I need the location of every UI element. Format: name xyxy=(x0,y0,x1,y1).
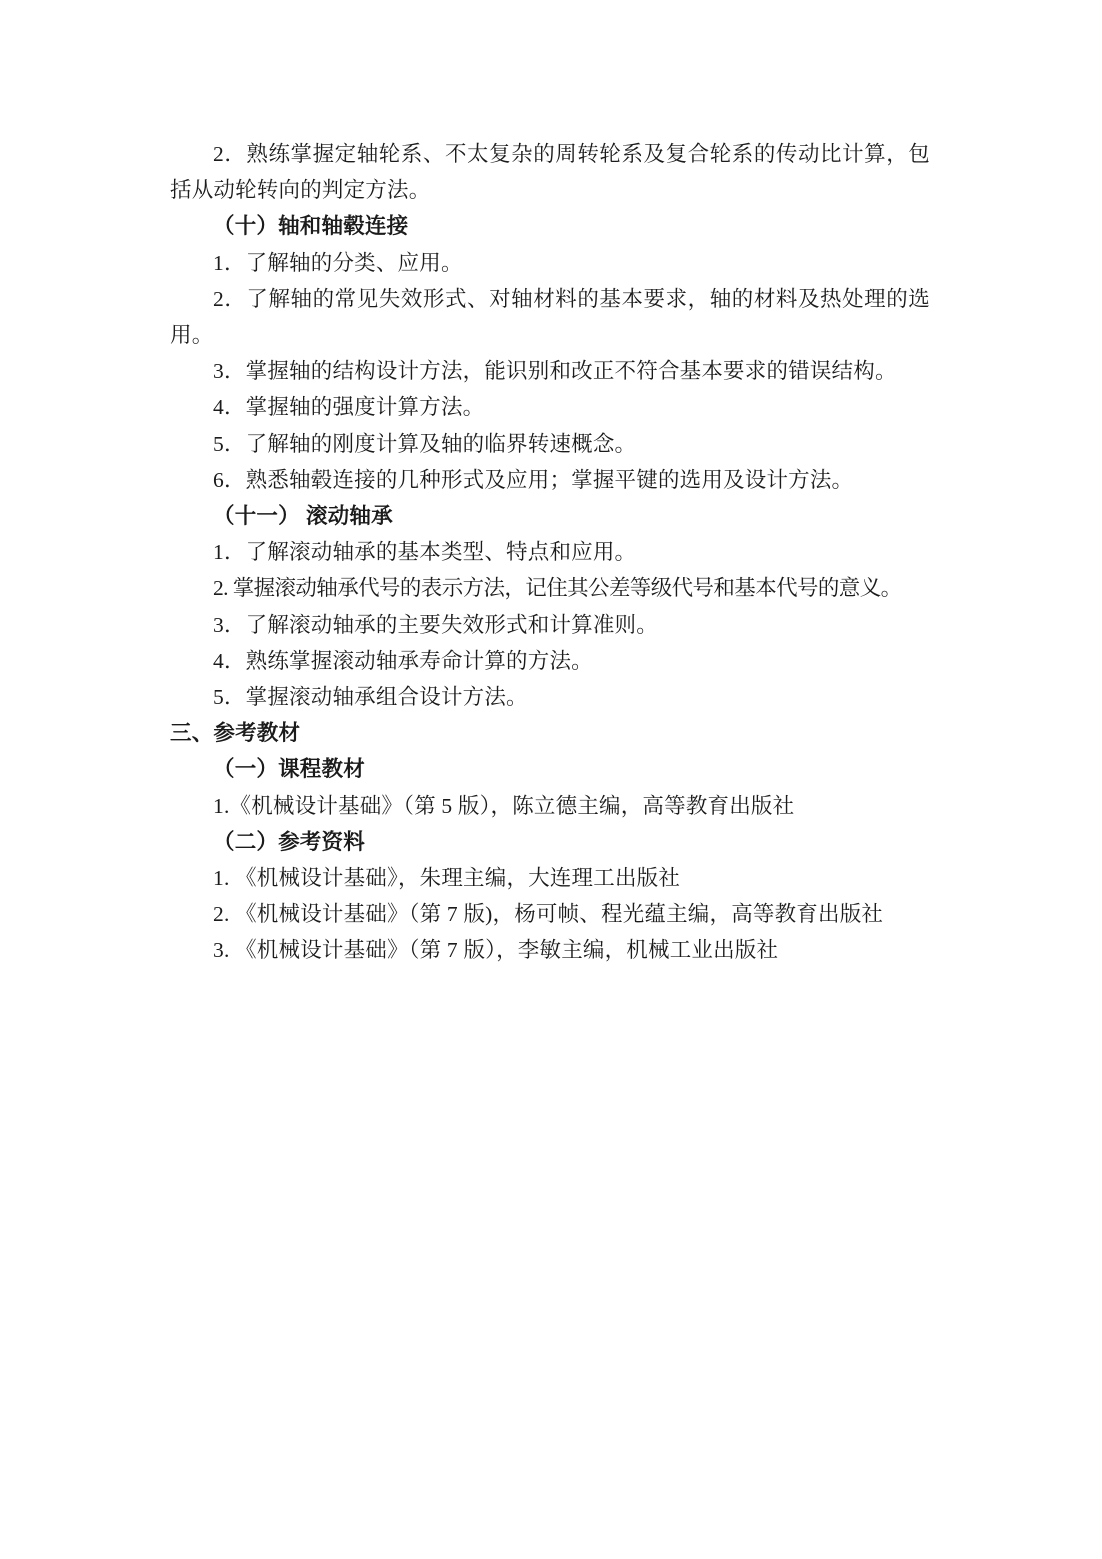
body-paragraph: 1．了解轴的分类、应用。 xyxy=(170,245,930,281)
section-heading: （十一） 滚动轴承 xyxy=(170,498,930,534)
body-paragraph: 3．了解滚动轴承的主要失效形式和计算准则。 xyxy=(170,607,930,643)
body-paragraph: 4．熟练掌握滚动轴承寿命计算的方法。 xyxy=(170,643,930,679)
document-page: 2．熟练掌握定轴轮系、不太复杂的周转轮系及复合轮系的传动比计算，包括从动轮转向的… xyxy=(0,0,1102,1559)
body-paragraph: 2. 《机械设计基础》（第 7 版)，杨可帧、程光蕴主编，高等教育出版社 xyxy=(170,896,930,932)
section-heading: （十）轴和轴毂连接 xyxy=(170,208,930,244)
body-paragraph: 4．掌握轴的强度计算方法。 xyxy=(170,389,930,425)
body-paragraph: 2．了解轴的常见失效形式、对轴材料的基本要求，轴的材料及热处理的选用。 xyxy=(170,281,930,353)
body-paragraph: 5．掌握滚动轴承组合设计方法。 xyxy=(170,679,930,715)
body-paragraph: 1．了解滚动轴承的基本类型、特点和应用。 xyxy=(170,534,930,570)
body-paragraph: 1.《机械设计基础》（第 5 版），陈立德主编，高等教育出版社 xyxy=(170,788,930,824)
body-paragraph: 6．熟悉轴毂连接的几种形式及应用；掌握平键的选用及设计方法。 xyxy=(170,462,930,498)
section-heading: （二）参考资料 xyxy=(170,824,930,860)
section-heading: 三、参考教材 xyxy=(170,715,930,751)
section-heading: （一）课程教材 xyxy=(170,751,930,787)
body-paragraph: 5．了解轴的刚度计算及轴的临界转速概念。 xyxy=(170,426,930,462)
body-paragraph: 1. 《机械设计基础》，朱理主编，大连理工出版社 xyxy=(170,860,930,896)
document-body: 2．熟练掌握定轴轮系、不太复杂的周转轮系及复合轮系的传动比计算，包括从动轮转向的… xyxy=(170,136,930,969)
body-paragraph: 3. 《机械设计基础》（第 7 版），李敏主编，机械工业出版社 xyxy=(170,932,930,968)
body-paragraph: 2. 掌握滚动轴承代号的表示方法，记住其公差等级代号和基本代号的意义。 xyxy=(170,570,930,606)
body-paragraph: 3．掌握轴的结构设计方法，能识别和改正不符合基本要求的错误结构。 xyxy=(170,353,930,389)
body-paragraph: 2．熟练掌握定轴轮系、不太复杂的周转轮系及复合轮系的传动比计算，包括从动轮转向的… xyxy=(170,136,930,208)
